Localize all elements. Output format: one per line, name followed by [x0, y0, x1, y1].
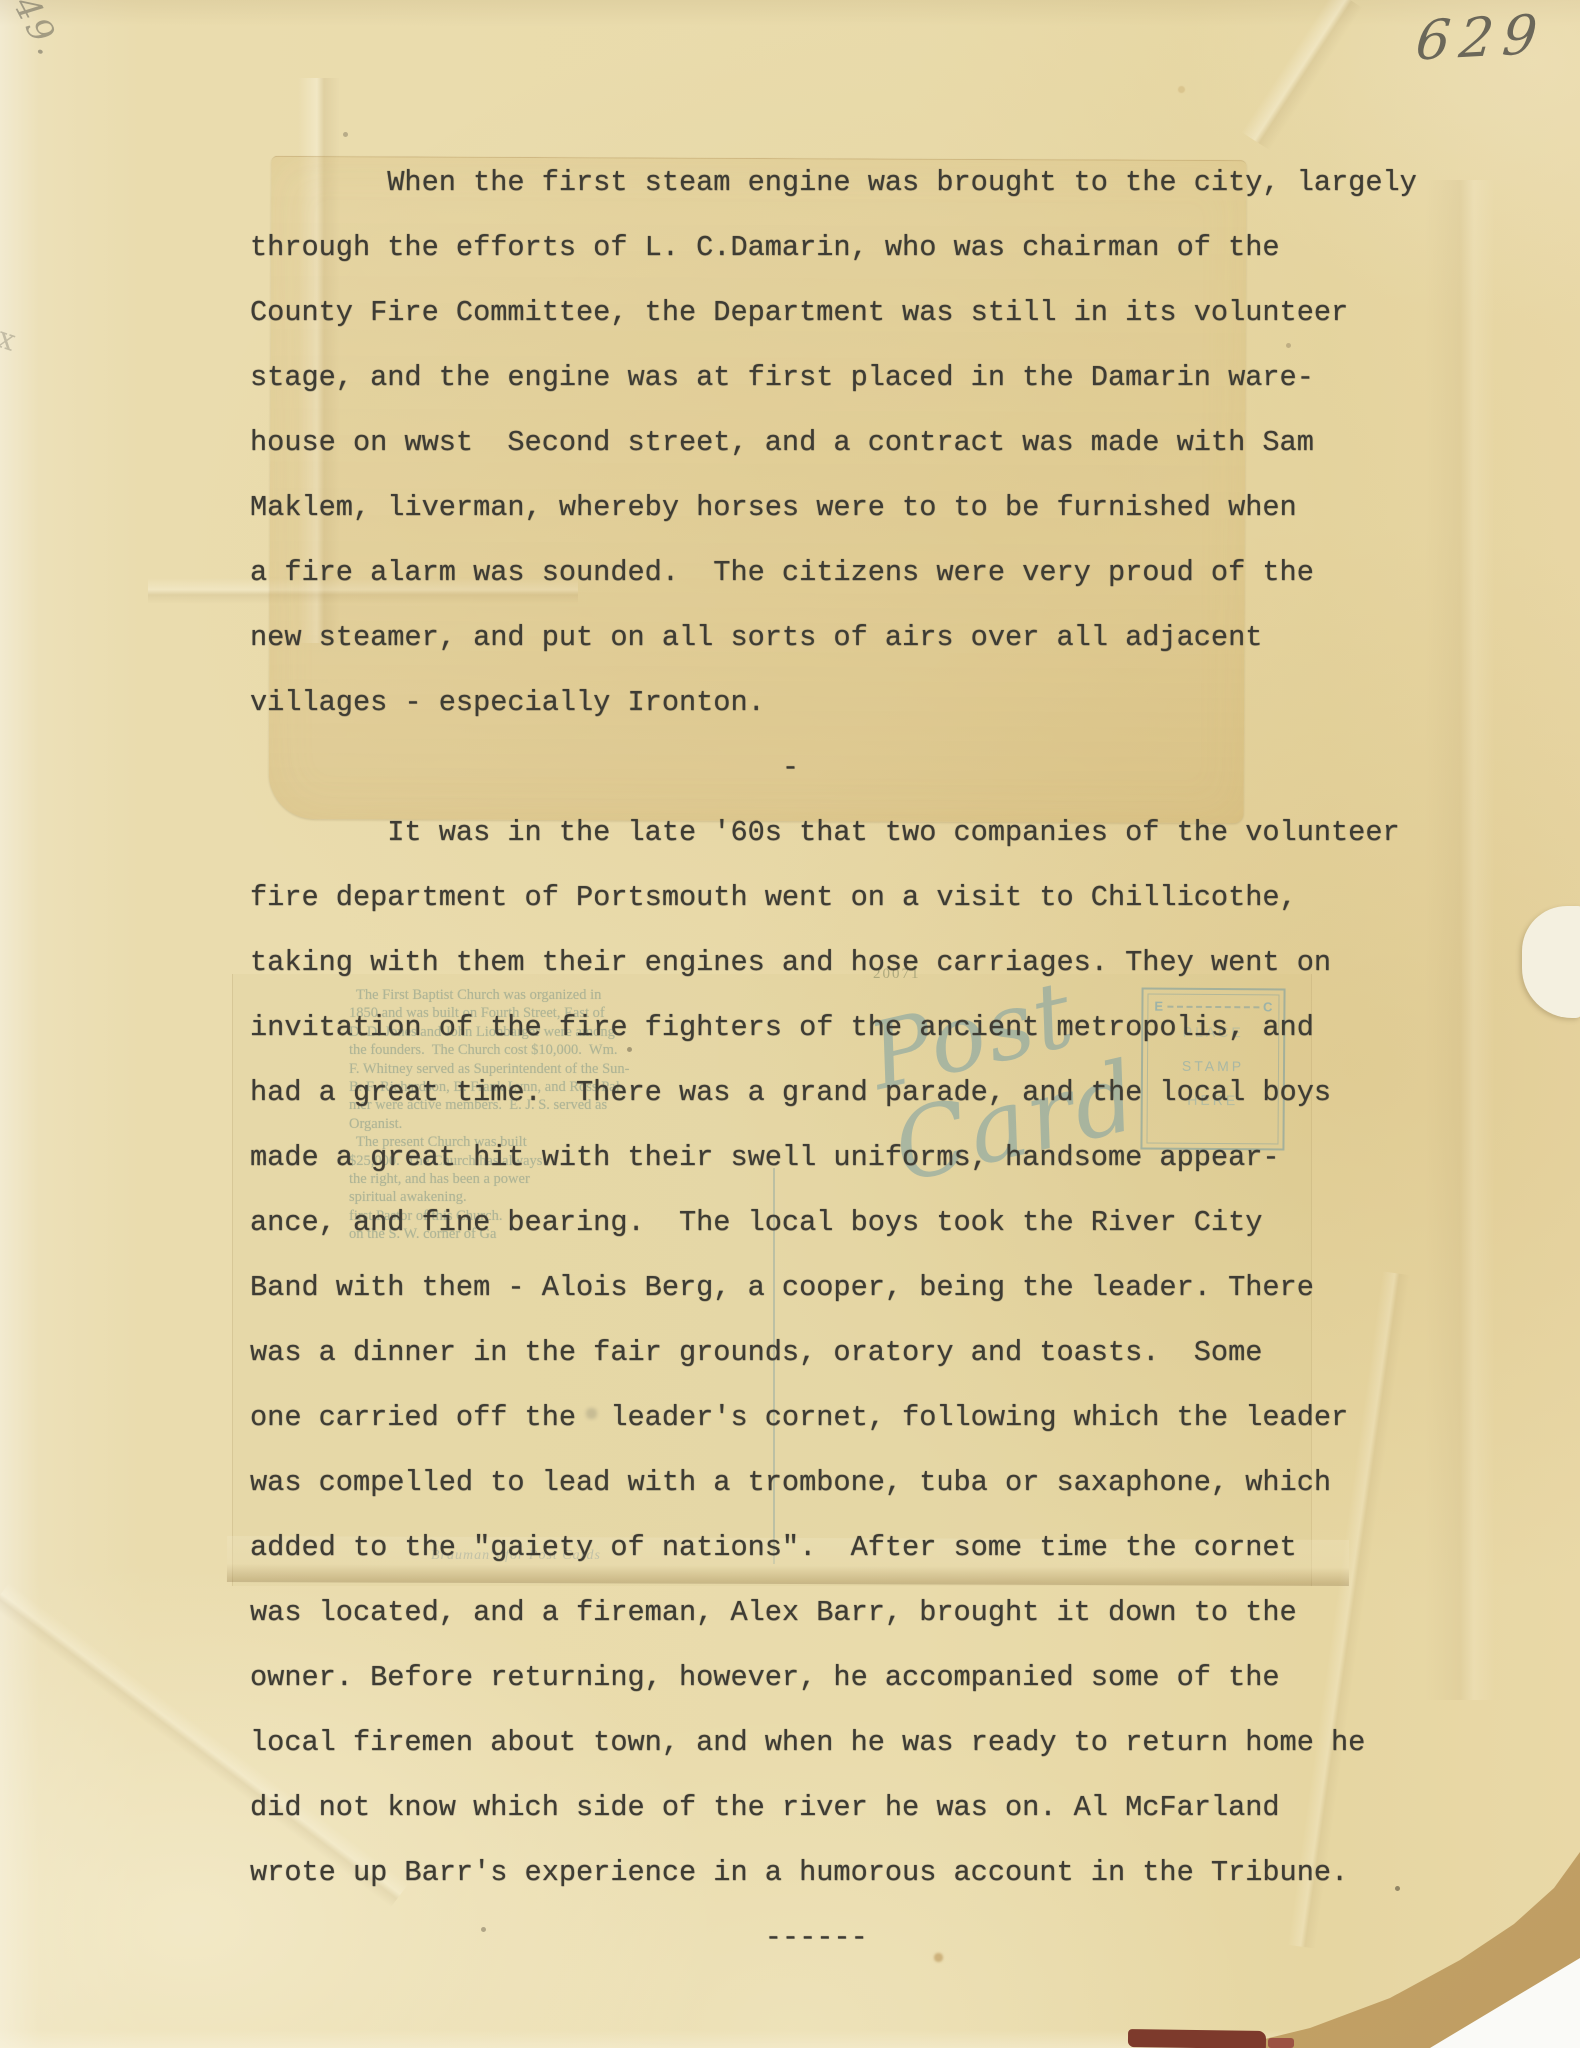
typewritten-line: taking with them their engines and hose … [250, 930, 1410, 995]
page-number-handwritten: 629 [1413, 2, 1548, 72]
red-paper-sliver-small [1268, 2038, 1294, 2048]
typewritten-line: fire department of Portsmouth went on a … [250, 865, 1410, 930]
typewritten-line: ance, and fine bearing. The local boys t… [250, 1190, 1410, 1255]
typewritten-line: County Fire Committee, the Department wa… [250, 280, 1410, 345]
typewritten-line: was a dinner in the fair grounds, orator… [250, 1320, 1410, 1385]
typewritten-line: invitation of the fire fighters of the a… [250, 995, 1410, 1060]
typewritten-line: It was in the late '60s that two compani… [250, 800, 1410, 865]
typewritten-text: When the first steam engine was brought … [250, 150, 1410, 1970]
typewritten-line: stage, and the engine was at first place… [250, 345, 1410, 410]
typewritten-line: had a great time. There was a grand para… [250, 1060, 1410, 1125]
typewritten-line: added to the "gaiety of nations". After … [250, 1515, 1410, 1580]
typewritten-line: house on wwst Second street, and a contr… [250, 410, 1410, 475]
red-paper-sliver [1128, 2029, 1266, 2048]
typewritten-line: When the first steam engine was brought … [250, 150, 1410, 215]
typewritten-line: made a great hit with their swell unifor… [250, 1125, 1410, 1190]
typewritten-line: Band with them - Alois Berg, a cooper, b… [250, 1255, 1410, 1320]
typewritten-line: one carried off the leader's cornet, fol… [250, 1385, 1410, 1450]
typewritten-line: did not know which side of the river he … [250, 1775, 1410, 1840]
typewritten-line: was located, and a fireman, Alex Barr, b… [250, 1580, 1410, 1645]
typewritten-line: a fire alarm was sounded. The citizens w… [250, 540, 1410, 605]
typewritten-line: new steamer, and put on all sorts of air… [250, 605, 1410, 670]
typewritten-line: owner. Before returning, however, he acc… [250, 1645, 1410, 1710]
scanned-page: The First Baptist Church was organized i… [0, 0, 1580, 2048]
typewritten-line: local firemen about town, and when he wa… [250, 1710, 1410, 1775]
typewritten-line: wrote up Barr's experience in a humorous… [250, 1840, 1410, 1905]
typewritten-line: through the efforts of L. C.Damarin, who… [250, 215, 1410, 280]
typewritten-line: - [250, 735, 1410, 800]
typewritten-line: Maklem, liverman, whereby horses were to… [250, 475, 1410, 540]
typewritten-line: was compelled to lead with a trombone, t… [250, 1450, 1410, 1515]
age-spots [0, 0, 3, 3]
typewritten-line: villages - especially Ironton. [250, 670, 1410, 735]
typewritten-line: ------ [250, 1905, 1410, 1970]
